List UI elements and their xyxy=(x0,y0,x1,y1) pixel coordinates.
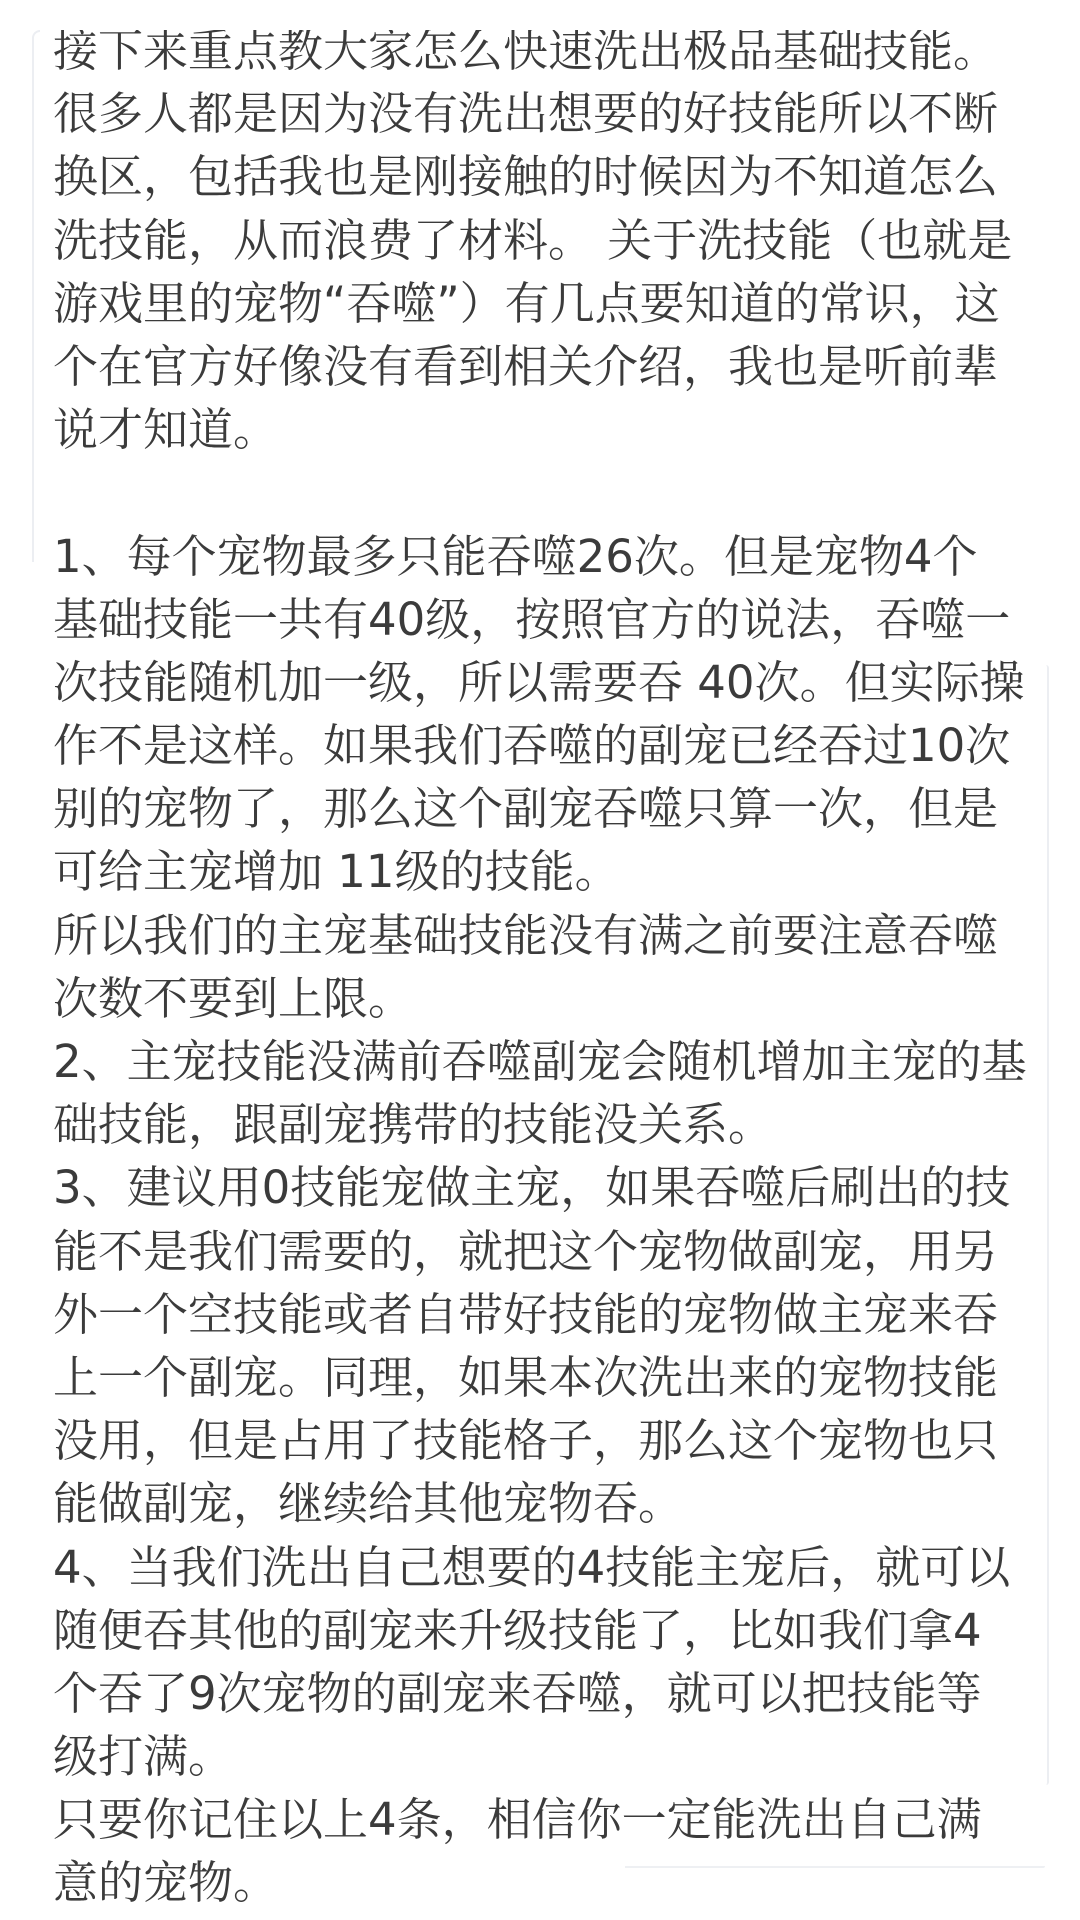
point-3-line-3: 外一个空技能或者自带好技能的宠物做主宠来吞 xyxy=(53,1283,1063,1346)
point-1-line-6: 可给主宠增加 11级的技能。 xyxy=(53,840,1063,903)
point-3-line-6: 能做副宠，继续给其他宠物吞。 xyxy=(53,1472,1063,1535)
conclusion-line-2: 意的宠物。 xyxy=(53,1851,1063,1914)
conclusion-line-1: 只要你记住以上4条，相信你一定能洗出自己满 xyxy=(53,1788,1063,1851)
point-1-line-1: 1、每个宠物最多只能吞噬26次。但是宠物4个 xyxy=(53,525,1063,588)
article-body: 接下来重点教大家怎么快速洗出极品基础技能。 很多人都是因为没有洗出想要的好技能所… xyxy=(53,19,1063,1915)
point-2-line-2: 础技能，跟副宠携带的技能没关系。 xyxy=(53,1093,1063,1156)
top-crop-band xyxy=(0,0,1080,30)
intro-line-7: 说才知道。 xyxy=(53,398,1063,461)
intro-line-6: 个在官方好像没有看到相关介绍，我也是听前辈 xyxy=(53,335,1063,398)
point-1-line-4: 作不是这样。如果我们吞噬的副宠已经吞过10次 xyxy=(53,714,1063,777)
point-1-line-2: 基础技能一共有40级，按照官方的说法，吞噬一 xyxy=(53,588,1063,651)
intro-line-5: 游戏里的宠物“吞噬”）有几点要知道的常识，这 xyxy=(53,272,1063,335)
point-1-line-3: 次技能随机加一级，所以需要吞 40次。但实际操 xyxy=(53,651,1063,714)
point-1-note-line-1: 所以我们的主宠基础技能没有满之前要注意吞噬 xyxy=(53,904,1063,967)
point-4-line-3: 个吞了9次宠物的副宠来吞噬，就可以把技能等 xyxy=(53,1662,1063,1725)
intro-line-3: 换区，包括我也是刚接触的时候因为不知道怎么 xyxy=(53,145,1063,208)
intro-line-4: 洗技能，从而浪费了材料。 关于洗技能（也就是 xyxy=(53,209,1063,272)
point-3-line-5: 没用，但是占用了技能格子，那么这个宠物也只 xyxy=(53,1409,1063,1472)
point-2-line-1: 2、主宠技能没满前吞噬副宠会随机增加主宠的基 xyxy=(53,1030,1063,1093)
point-4-line-2: 随便吞其他的副宠来升级技能了，比如我们拿4 xyxy=(53,1599,1063,1662)
point-1-note-line-2: 次数不要到上限。 xyxy=(53,967,1063,1030)
blank-line xyxy=(53,461,1063,524)
point-3-line-1: 3、建议用0技能宠做主宠，如果吞噬后刷出的技 xyxy=(53,1156,1063,1219)
point-4-line-4: 级打满。 xyxy=(53,1725,1063,1788)
intro-line-2: 很多人都是因为没有洗出想要的好技能所以不断 xyxy=(53,82,1063,145)
point-4-line-1: 4、当我们洗出自己想要的4技能主宠后，就可以 xyxy=(53,1536,1063,1599)
ghost-outline-left xyxy=(32,30,40,562)
page: 接下来重点教大家怎么快速洗出极品基础技能。 很多人都是因为没有洗出想要的好技能所… xyxy=(0,0,1080,1920)
point-1-line-5: 别的宠物了，那么这个副宠吞噬只算一次，但是 xyxy=(53,777,1063,840)
point-3-line-2: 能不是我们需要的，就把这个宠物做副宠，用另 xyxy=(53,1220,1063,1283)
point-3-line-4: 上一个副宠。同理，如果本次洗出来的宠物技能 xyxy=(53,1346,1063,1409)
